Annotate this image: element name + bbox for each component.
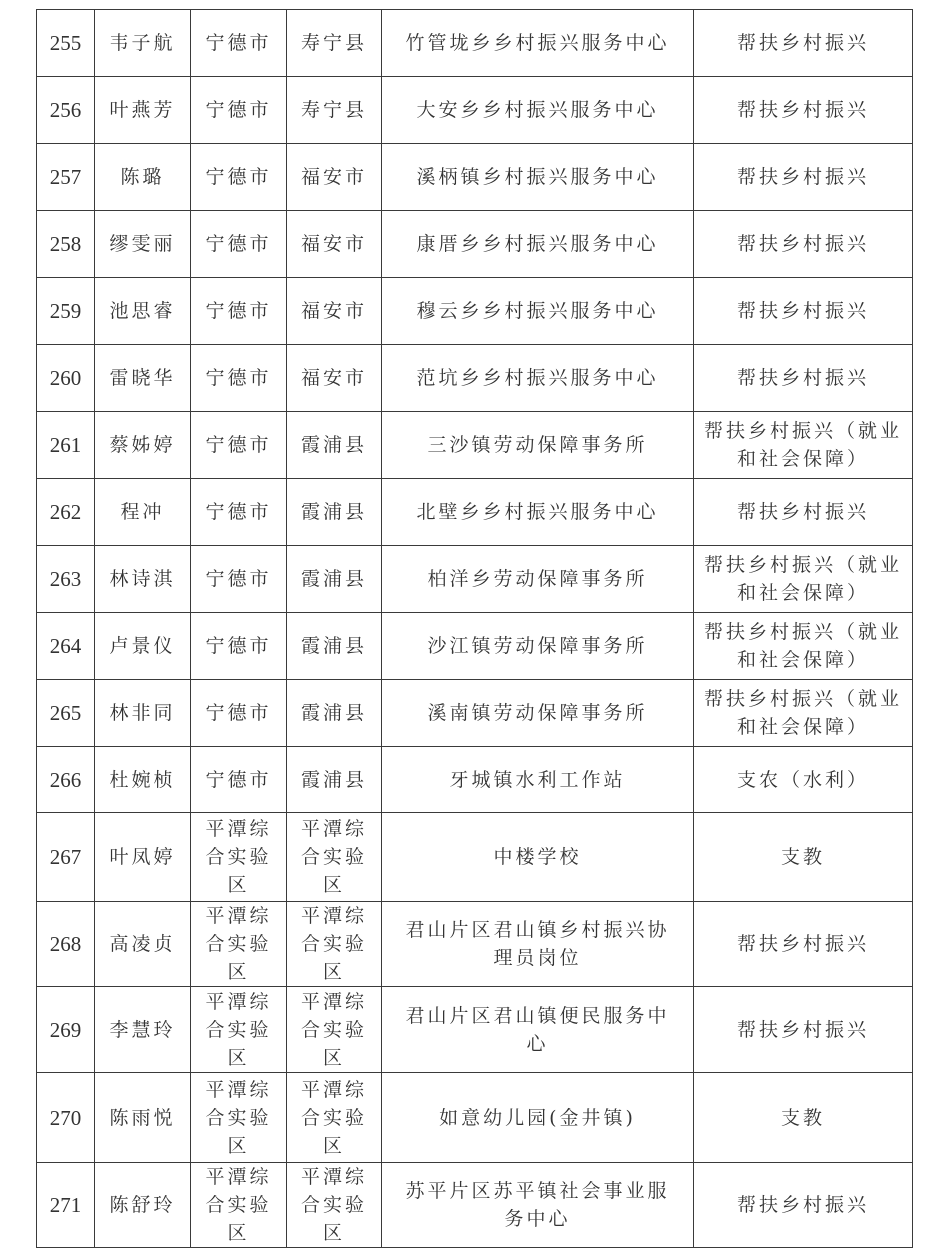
row-number: 260: [50, 364, 82, 392]
row-number: 263: [50, 565, 82, 593]
service-unit: 如意幼儿园(金井镇): [439, 1104, 636, 1132]
city-name: 宁德市: [205, 29, 271, 57]
county-name: 平潭综合实验区: [295, 988, 373, 1072]
row-number: 265: [50, 699, 82, 727]
service-unit: 君山片区君山镇乡村振兴协理员岗位: [396, 916, 679, 972]
person-name-cell: 杜婉桢: [95, 747, 191, 813]
county-name: 霞浦县: [301, 565, 367, 593]
row-number-cell: 265: [37, 680, 95, 747]
table-row: 256 叶燕芳 宁德市 寿宁县 大安乡乡村振兴服务中心 帮扶乡村振兴: [37, 77, 913, 144]
county-cell: 霞浦县: [287, 479, 382, 546]
service-unit: 竹管垅乡乡村振兴服务中心: [405, 29, 669, 57]
service-type-cell: 支农（水利）: [694, 747, 913, 813]
city-name: 平潭综合实验区: [199, 1076, 278, 1160]
county-name: 霞浦县: [301, 632, 367, 660]
table-row: 264 卢景仪 宁德市 霞浦县 沙江镇劳动保障事务所 帮扶乡村振兴（就业和社会保…: [37, 613, 913, 680]
table-row: 271 陈舒玲 平潭综合实验区 平潭综合实验区 苏平片区苏平镇社会事业服务中心 …: [37, 1163, 913, 1248]
table-row: 255 韦子航 宁德市 寿宁县 竹管垅乡乡村振兴服务中心 帮扶乡村振兴: [37, 10, 913, 77]
service-unit: 康厝乡乡村振兴服务中心: [416, 230, 658, 258]
county-cell: 福安市: [287, 144, 382, 211]
table-row: 270 陈雨悦 平潭综合实验区 平潭综合实验区 如意幼儿园(金井镇) 支教: [37, 1073, 913, 1163]
service-unit: 溪柄镇乡村振兴服务中心: [416, 163, 658, 191]
city-name: 平潭综合实验区: [199, 902, 278, 986]
service-unit-cell: 君山片区君山镇乡村振兴协理员岗位: [382, 902, 694, 987]
row-number: 261: [50, 431, 82, 459]
city-cell: 宁德市: [191, 278, 287, 345]
row-number: 270: [50, 1104, 82, 1132]
service-unit: 三沙镇劳动保障事务所: [427, 431, 647, 459]
person-name: 卢景仪: [109, 632, 175, 660]
table-row: 258 缪雯丽 宁德市 福安市 康厝乡乡村振兴服务中心 帮扶乡村振兴: [37, 211, 913, 278]
row-number: 258: [50, 230, 82, 258]
service-unit: 范坑乡乡村振兴服务中心: [416, 364, 658, 392]
city-name: 平潭综合实验区: [199, 815, 278, 899]
table-row: 260 雷晓华 宁德市 福安市 范坑乡乡村振兴服务中心 帮扶乡村振兴: [37, 345, 913, 412]
row-number-cell: 267: [37, 813, 95, 902]
county-cell: 平潭综合实验区: [287, 1073, 382, 1163]
row-number-cell: 268: [37, 902, 95, 987]
service-type-cell: 帮扶乡村振兴: [694, 10, 913, 77]
row-number-cell: 271: [37, 1163, 95, 1248]
service-unit-cell: 穆云乡乡村振兴服务中心: [382, 278, 694, 345]
city-cell: 宁德市: [191, 747, 287, 813]
county-name: 寿宁县: [301, 96, 367, 124]
city-name: 宁德市: [205, 163, 271, 191]
person-name: 韦子航: [109, 29, 175, 57]
service-unit-cell: 溪柄镇乡村振兴服务中心: [382, 144, 694, 211]
city-cell: 宁德市: [191, 211, 287, 278]
row-number-cell: 256: [37, 77, 95, 144]
row-number: 267: [50, 843, 82, 871]
person-name: 陈舒玲: [109, 1191, 175, 1219]
service-unit: 大安乡乡村振兴服务中心: [416, 96, 658, 124]
city-name: 平潭综合实验区: [199, 988, 278, 1072]
service-type: 帮扶乡村振兴（就业和社会保障）: [702, 417, 904, 473]
city-name: 宁德市: [205, 297, 271, 325]
county-cell: 福安市: [287, 345, 382, 412]
person-name: 雷晓华: [109, 364, 175, 392]
county-name: 平潭综合实验区: [295, 815, 373, 899]
person-name: 池思睿: [109, 297, 175, 325]
table-row: 267 叶凤婷 平潭综合实验区 平潭综合实验区 中楼学校 支教: [37, 813, 913, 902]
county-cell: 霞浦县: [287, 546, 382, 613]
table-row: 268 高凌贞 平潭综合实验区 平潭综合实验区 君山片区君山镇乡村振兴协理员岗位…: [37, 902, 913, 987]
county-cell: 寿宁县: [287, 77, 382, 144]
service-type-cell: 帮扶乡村振兴（就业和社会保障）: [694, 613, 913, 680]
person-name: 程冲: [120, 498, 164, 526]
service-unit-cell: 苏平片区苏平镇社会事业服务中心: [382, 1163, 694, 1248]
city-cell: 宁德市: [191, 10, 287, 77]
row-number: 268: [50, 930, 82, 958]
city-cell: 平潭综合实验区: [191, 987, 287, 1073]
person-name: 叶凤婷: [109, 843, 175, 871]
city-cell: 宁德市: [191, 412, 287, 479]
service-unit-cell: 竹管垅乡乡村振兴服务中心: [382, 10, 694, 77]
person-name: 叶燕芳: [109, 96, 175, 124]
service-type-cell: 支教: [694, 813, 913, 902]
row-number-cell: 260: [37, 345, 95, 412]
service-type-cell: 帮扶乡村振兴: [694, 278, 913, 345]
county-cell: 霞浦县: [287, 680, 382, 747]
service-type-cell: 帮扶乡村振兴: [694, 1163, 913, 1248]
row-number: 262: [50, 498, 82, 526]
service-type: 帮扶乡村振兴: [737, 297, 869, 325]
service-type-cell: 帮扶乡村振兴: [694, 902, 913, 987]
row-number: 264: [50, 632, 82, 660]
person-name: 李慧玲: [109, 1016, 175, 1044]
table-row: 266 杜婉桢 宁德市 霞浦县 牙城镇水利工作站 支农（水利）: [37, 747, 913, 813]
city-cell: 宁德市: [191, 345, 287, 412]
service-unit: 柏洋乡劳动保障事务所: [427, 565, 647, 593]
service-type-cell: 帮扶乡村振兴: [694, 479, 913, 546]
city-cell: 宁德市: [191, 144, 287, 211]
person-name: 林诗淇: [109, 565, 175, 593]
service-type-cell: 帮扶乡村振兴: [694, 144, 913, 211]
service-unit: 苏平片区苏平镇社会事业服务中心: [396, 1177, 679, 1233]
city-cell: 宁德市: [191, 680, 287, 747]
county-name: 霞浦县: [301, 498, 367, 526]
person-name: 林非同: [109, 699, 175, 727]
county-cell: 平潭综合实验区: [287, 1163, 382, 1248]
row-number: 269: [50, 1016, 82, 1044]
county-name: 霞浦县: [301, 699, 367, 727]
person-name-cell: 李慧玲: [95, 987, 191, 1073]
county-name: 福安市: [301, 297, 367, 325]
row-number-cell: 261: [37, 412, 95, 479]
person-name: 高凌贞: [109, 930, 175, 958]
service-type: 帮扶乡村振兴: [737, 1191, 869, 1219]
person-name: 陈璐: [120, 163, 164, 191]
row-number-cell: 266: [37, 747, 95, 813]
service-type-cell: 帮扶乡村振兴: [694, 77, 913, 144]
service-unit: 君山片区君山镇便民服务中心: [396, 1002, 679, 1058]
row-number-cell: 255: [37, 10, 95, 77]
service-type-cell: 帮扶乡村振兴（就业和社会保障）: [694, 680, 913, 747]
row-number: 256: [50, 96, 82, 124]
row-number-cell: 258: [37, 211, 95, 278]
city-name: 宁德市: [205, 565, 271, 593]
service-unit: 沙江镇劳动保障事务所: [427, 632, 647, 660]
service-unit: 穆云乡乡村振兴服务中心: [416, 297, 658, 325]
county-cell: 平潭综合实验区: [287, 902, 382, 987]
table-body: 255 韦子航 宁德市 寿宁县 竹管垅乡乡村振兴服务中心 帮扶乡村振兴 256 …: [37, 10, 913, 1248]
county-name: 霞浦县: [301, 766, 367, 794]
service-type: 支教: [781, 843, 825, 871]
service-unit-cell: 牙城镇水利工作站: [382, 747, 694, 813]
service-unit: 溪南镇劳动保障事务所: [427, 699, 647, 727]
person-name-cell: 叶燕芳: [95, 77, 191, 144]
service-type: 帮扶乡村振兴: [737, 1016, 869, 1044]
service-type-cell: 帮扶乡村振兴: [694, 345, 913, 412]
service-unit-cell: 北壁乡乡村振兴服务中心: [382, 479, 694, 546]
person-name-cell: 陈雨悦: [95, 1073, 191, 1163]
city-name: 宁德市: [205, 498, 271, 526]
row-number-cell: 263: [37, 546, 95, 613]
city-cell: 宁德市: [191, 77, 287, 144]
city-cell: 平潭综合实验区: [191, 813, 287, 902]
person-name: 杜婉桢: [109, 766, 175, 794]
service-type: 帮扶乡村振兴: [737, 230, 869, 258]
person-name-cell: 韦子航: [95, 10, 191, 77]
city-name: 平潭综合实验区: [199, 1163, 278, 1247]
city-name: 宁德市: [205, 699, 271, 727]
person-name-cell: 陈舒玲: [95, 1163, 191, 1248]
county-cell: 霞浦县: [287, 412, 382, 479]
service-type: 支教: [781, 1104, 825, 1132]
city-name: 宁德市: [205, 230, 271, 258]
city-name: 宁德市: [205, 766, 271, 794]
county-name: 福安市: [301, 364, 367, 392]
person-name: 陈雨悦: [109, 1104, 175, 1132]
row-number-cell: 264: [37, 613, 95, 680]
table-row: 259 池思睿 宁德市 福安市 穆云乡乡村振兴服务中心 帮扶乡村振兴: [37, 278, 913, 345]
row-number-cell: 259: [37, 278, 95, 345]
service-type: 帮扶乡村振兴: [737, 930, 869, 958]
table-row: 261 蔡姊婷 宁德市 霞浦县 三沙镇劳动保障事务所 帮扶乡村振兴（就业和社会保…: [37, 412, 913, 479]
row-number: 257: [50, 163, 82, 191]
county-cell: 霞浦县: [287, 613, 382, 680]
table-row: 269 李慧玲 平潭综合实验区 平潭综合实验区 君山片区君山镇便民服务中心 帮扶…: [37, 987, 913, 1073]
service-unit-cell: 大安乡乡村振兴服务中心: [382, 77, 694, 144]
service-type: 帮扶乡村振兴: [737, 96, 869, 124]
service-unit-cell: 康厝乡乡村振兴服务中心: [382, 211, 694, 278]
county-cell: 福安市: [287, 278, 382, 345]
row-number: 255: [50, 29, 82, 57]
service-unit: 牙城镇水利工作站: [449, 766, 625, 794]
service-type-cell: 帮扶乡村振兴: [694, 987, 913, 1073]
person-name-cell: 林诗淇: [95, 546, 191, 613]
row-number: 266: [50, 766, 82, 794]
city-cell: 平潭综合实验区: [191, 902, 287, 987]
service-type: 帮扶乡村振兴（就业和社会保障）: [702, 618, 904, 674]
service-type: 帮扶乡村振兴: [737, 29, 869, 57]
city-name: 宁德市: [205, 364, 271, 392]
table-row: 257 陈璐 宁德市 福安市 溪柄镇乡村振兴服务中心 帮扶乡村振兴: [37, 144, 913, 211]
row-number: 271: [50, 1191, 82, 1219]
county-name: 霞浦县: [301, 431, 367, 459]
person-name-cell: 林非同: [95, 680, 191, 747]
person-name-cell: 陈璐: [95, 144, 191, 211]
city-name: 宁德市: [205, 431, 271, 459]
county-cell: 平潭综合实验区: [287, 813, 382, 902]
person-name-cell: 高凌贞: [95, 902, 191, 987]
county-cell: 霞浦县: [287, 747, 382, 813]
service-type: 帮扶乡村振兴（就业和社会保障）: [702, 685, 904, 741]
service-unit-cell: 沙江镇劳动保障事务所: [382, 613, 694, 680]
service-type: 帮扶乡村振兴: [737, 364, 869, 392]
service-unit-cell: 如意幼儿园(金井镇): [382, 1073, 694, 1163]
city-cell: 宁德市: [191, 479, 287, 546]
service-type-cell: 支教: [694, 1073, 913, 1163]
service-type-cell: 帮扶乡村振兴（就业和社会保障）: [694, 412, 913, 479]
county-name: 平潭综合实验区: [295, 902, 373, 986]
city-cell: 平潭综合实验区: [191, 1163, 287, 1248]
service-type: 支农（水利）: [737, 766, 869, 794]
person-name: 缪雯丽: [109, 230, 175, 258]
service-unit-cell: 三沙镇劳动保障事务所: [382, 412, 694, 479]
county-cell: 福安市: [287, 211, 382, 278]
row-number-cell: 262: [37, 479, 95, 546]
person-name-cell: 池思睿: [95, 278, 191, 345]
row-number-cell: 257: [37, 144, 95, 211]
county-name: 平潭综合实验区: [295, 1076, 373, 1160]
document-page: 255 韦子航 宁德市 寿宁县 竹管垅乡乡村振兴服务中心 帮扶乡村振兴 256 …: [36, 9, 913, 1248]
county-cell: 平潭综合实验区: [287, 987, 382, 1073]
county-name: 福安市: [301, 163, 367, 191]
assignment-table: 255 韦子航 宁德市 寿宁县 竹管垅乡乡村振兴服务中心 帮扶乡村振兴 256 …: [36, 9, 913, 1248]
row-number-cell: 269: [37, 987, 95, 1073]
city-cell: 宁德市: [191, 546, 287, 613]
table-row: 263 林诗淇 宁德市 霞浦县 柏洋乡劳动保障事务所 帮扶乡村振兴（就业和社会保…: [37, 546, 913, 613]
county-name: 福安市: [301, 230, 367, 258]
row-number: 259: [50, 297, 82, 325]
service-unit-cell: 范坑乡乡村振兴服务中心: [382, 345, 694, 412]
county-cell: 寿宁县: [287, 10, 382, 77]
service-unit-cell: 溪南镇劳动保障事务所: [382, 680, 694, 747]
city-cell: 平潭综合实验区: [191, 1073, 287, 1163]
person-name-cell: 蔡姊婷: [95, 412, 191, 479]
city-name: 宁德市: [205, 632, 271, 660]
service-type-cell: 帮扶乡村振兴（就业和社会保障）: [694, 546, 913, 613]
person-name-cell: 缪雯丽: [95, 211, 191, 278]
person-name-cell: 叶凤婷: [95, 813, 191, 902]
service-type: 帮扶乡村振兴: [737, 163, 869, 191]
service-type-cell: 帮扶乡村振兴: [694, 211, 913, 278]
row-number-cell: 270: [37, 1073, 95, 1163]
person-name-cell: 雷晓华: [95, 345, 191, 412]
service-unit-cell: 柏洋乡劳动保障事务所: [382, 546, 694, 613]
person-name-cell: 卢景仪: [95, 613, 191, 680]
service-unit-cell: 中楼学校: [382, 813, 694, 902]
table-row: 262 程冲 宁德市 霞浦县 北壁乡乡村振兴服务中心 帮扶乡村振兴: [37, 479, 913, 546]
service-unit: 中楼学校: [493, 843, 581, 871]
county-name: 寿宁县: [301, 29, 367, 57]
service-type: 帮扶乡村振兴（就业和社会保障）: [702, 551, 904, 607]
service-unit-cell: 君山片区君山镇便民服务中心: [382, 987, 694, 1073]
city-cell: 宁德市: [191, 613, 287, 680]
person-name: 蔡姊婷: [109, 431, 175, 459]
person-name-cell: 程冲: [95, 479, 191, 546]
city-name: 宁德市: [205, 96, 271, 124]
service-unit: 北壁乡乡村振兴服务中心: [416, 498, 658, 526]
table-row: 265 林非同 宁德市 霞浦县 溪南镇劳动保障事务所 帮扶乡村振兴（就业和社会保…: [37, 680, 913, 747]
county-name: 平潭综合实验区: [295, 1163, 373, 1247]
service-type: 帮扶乡村振兴: [737, 498, 869, 526]
